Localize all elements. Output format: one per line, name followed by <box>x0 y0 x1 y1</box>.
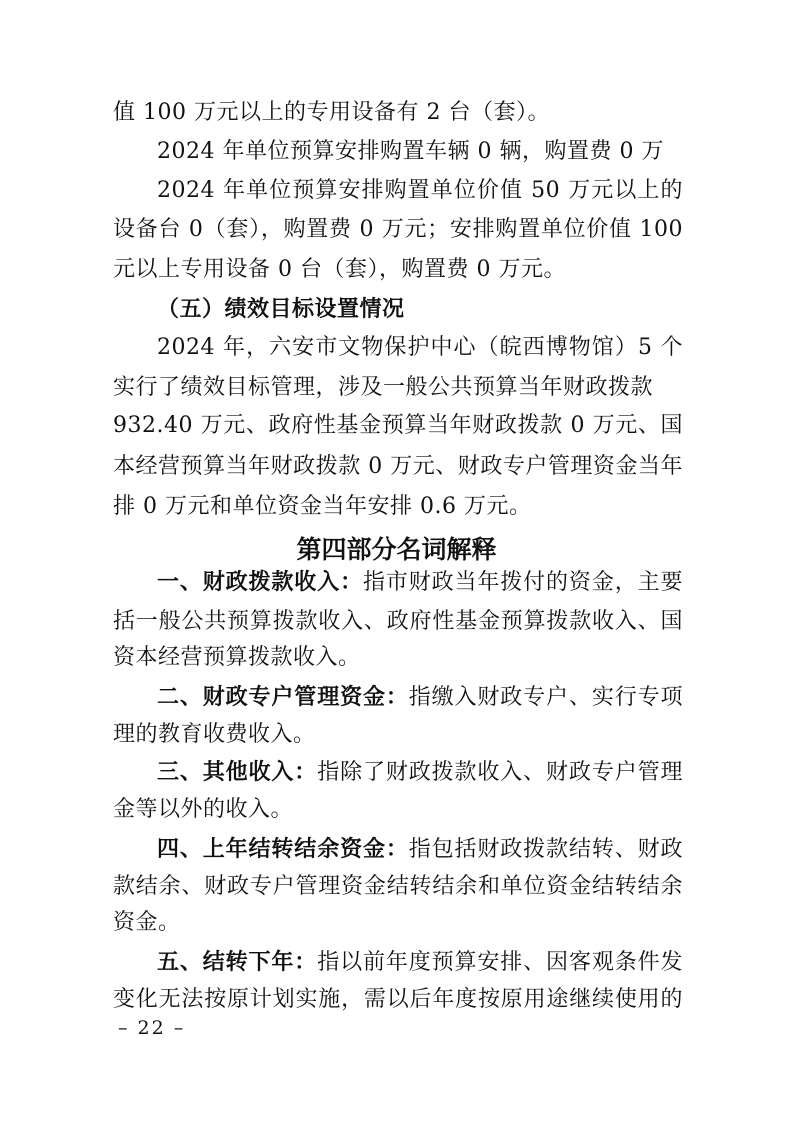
glossary-line: 变化无法按原计划实施，需以后年度按原用途继续使用的资 <box>113 980 683 1020</box>
line-text: 资金。 <box>113 910 181 935</box>
glossary-line: 五、结转下年：指以前年度预算安排、因客观条件发生 <box>113 943 683 983</box>
line-text: 932.40 万元、政府性基金预算当年财政拨款 0 万元、国有资 <box>113 413 683 446</box>
page-number: – 22 – <box>118 1013 185 1043</box>
glossary-line: 资本经营预算拨款收入。 <box>113 638 683 678</box>
doc-line: 2024 年，六安市文物保护中心（皖西博物馆）5 个项目 <box>113 328 683 368</box>
subsection-heading: （五）绩效目标设置情况 <box>113 290 683 330</box>
term-label: 二、财政专户管理资金： <box>157 685 409 710</box>
doc-line: 值 100 万元以上的专用设备有 2 台（套）。 <box>113 93 683 133</box>
doc-line: 932.40 万元、政府性基金预算当年财政拨款 0 万元、国有资 <box>113 406 683 446</box>
doc-line: 2024 年单位预算安排购置单位价值 50 万元以上的通用 <box>113 171 683 211</box>
line-text: 实行了绩效目标管理，涉及一般公共预算当年财政拨款 <box>113 375 653 400</box>
doc-line: 本经营预算当年财政拨款 0 万元、财政专户管理资金当年安 <box>113 447 683 487</box>
doc-line: 元以上专用设备 0 台（套），购置费 0 万元。 <box>113 250 683 290</box>
doc-line: 设备台 0（套），购置费 0 万元；安排购置单位价值 100 万 <box>113 210 683 250</box>
document-page: 值 100 万元以上的专用设备有 2 台（套）。 2024 年单位预算安排购置车… <box>0 0 793 1122</box>
line-text: 排 0 万元和单位资金当年安排 0.6 万元。 <box>113 494 531 519</box>
line-text: 本经营预算当年财政拨款 0 万元、财政专户管理资金当年安 <box>113 454 683 487</box>
term-label: 五、结转下年： <box>157 950 317 975</box>
glossary-line: 金等以外的收入。 <box>113 790 683 830</box>
doc-line: 2024 年单位预算安排购置车辆 0 辆，购置费 0 万元。 <box>113 132 683 172</box>
glossary-line: 理的教育收费收入。 <box>113 715 683 755</box>
line-text: 2024 年，六安市文物保护中心（皖西博物馆）5 个项目 <box>157 335 683 368</box>
line-text: 金等以外的收入。 <box>113 797 293 822</box>
line-text: 变化无法按原计划实施，需以后年度按原用途继续使用的资 <box>113 987 683 1020</box>
line-text: 资本经营预算拨款收入。 <box>113 645 361 670</box>
doc-line: 实行了绩效目标管理，涉及一般公共预算当年财政拨款 <box>113 368 683 408</box>
line-text: 理的教育收费收入。 <box>113 722 316 747</box>
term-label: 一、财政拨款收入： <box>157 570 363 595</box>
glossary-line: 三、其他收入：指除了财政拨款收入、财政专户管理资 <box>113 753 683 793</box>
term-label: 三、其他收入： <box>157 760 317 785</box>
glossary-line: 四、上年结转结余资金：指包括财政拨款结转、财政拨 <box>113 830 683 870</box>
term-label: 四、上年结转结余资金： <box>157 837 409 862</box>
glossary-line: 资金。 <box>113 903 683 943</box>
line-text: 值 100 万元以上的专用设备有 2 台（套）。 <box>113 100 550 125</box>
line-text: 元以上专用设备 0 台（套），购置费 0 万元。 <box>113 257 566 282</box>
doc-line: 排 0 万元和单位资金当年安排 0.6 万元。 <box>113 487 683 527</box>
line-text: 设备台 0（套），购置费 0 万元；安排购置单位价值 100 万 <box>113 217 683 250</box>
glossary-line: 括一般公共预算拨款收入、政府性基金预算拨款收入、国有 <box>113 602 683 642</box>
glossary-line: 二、财政专户管理资金：指缴入财政专户、实行专项管 <box>113 678 683 718</box>
line-text: 2024 年单位预算安排购置单位价值 50 万元以上的通用 <box>157 178 683 211</box>
subsection-heading-text: （五）绩效目标设置情况 <box>157 297 405 322</box>
glossary-line: 一、财政拨款收入：指市财政当年拨付的资金，主要包 <box>113 563 683 603</box>
glossary-line: 款结余、财政专户管理资金结转结余和单位资金结转结余的 <box>113 867 683 907</box>
line-text: 2024 年单位预算安排购置车辆 0 辆，购置费 0 万元。 <box>157 139 664 172</box>
